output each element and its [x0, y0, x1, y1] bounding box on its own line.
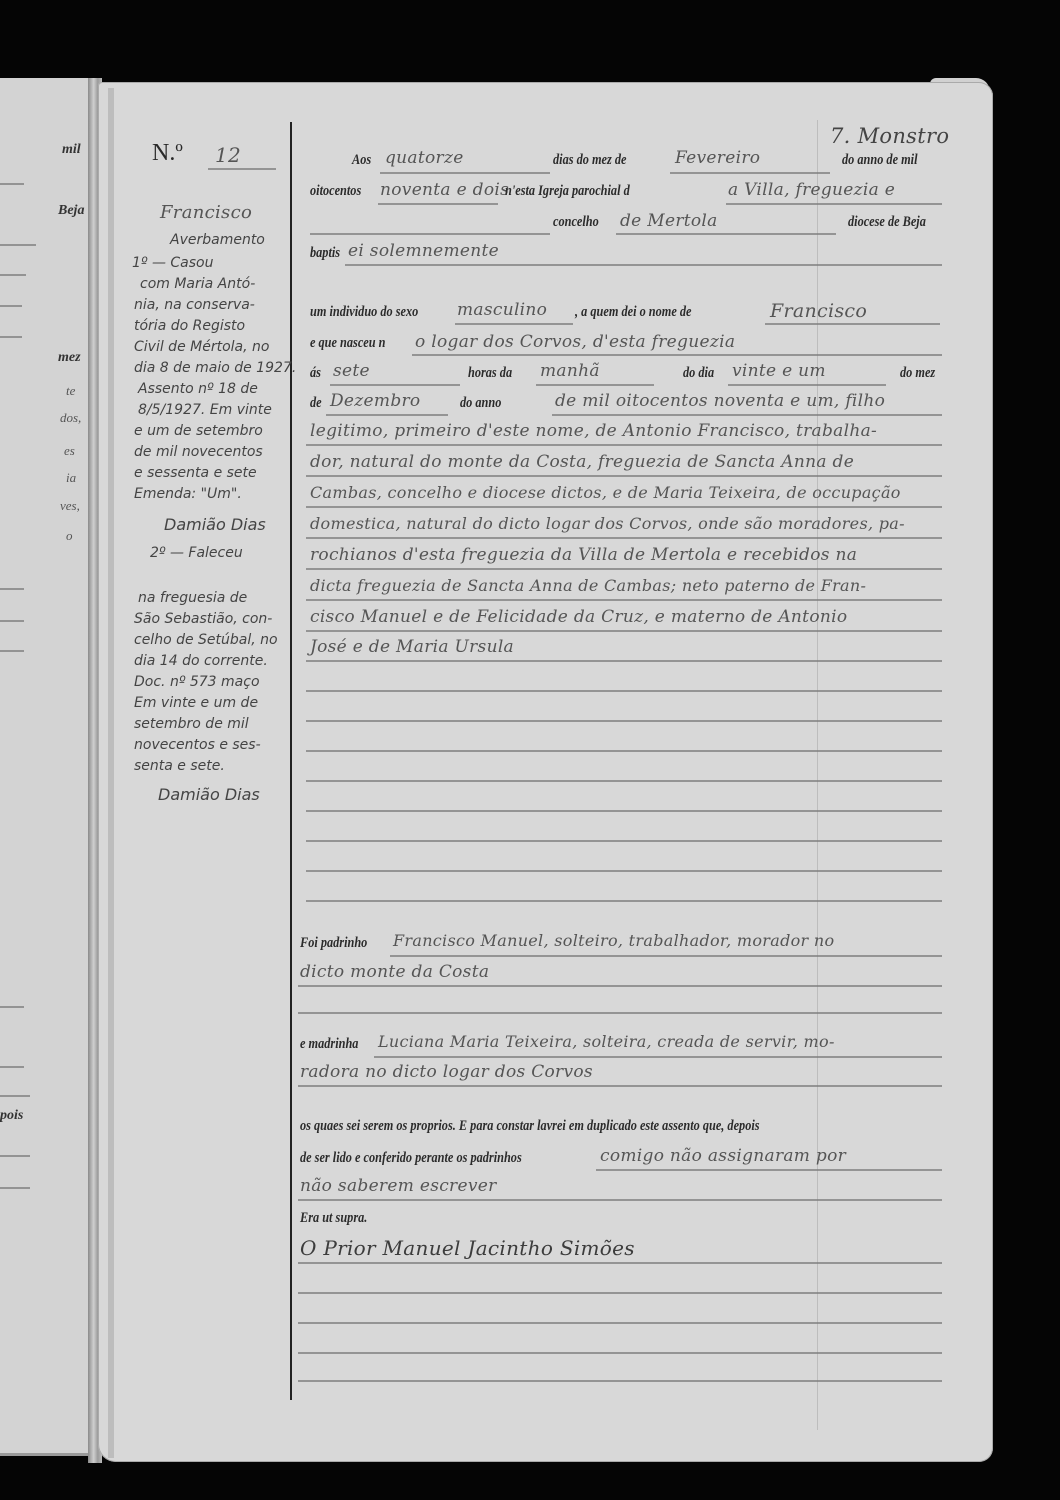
fill-rule	[670, 172, 830, 174]
page-binding-edge	[108, 88, 114, 1458]
margin-annotation-line: Assento nº 18 de	[138, 381, 258, 397]
handwritten-line: dor, natural do monte da Costa, freguezi…	[310, 452, 854, 472]
fill-rule	[306, 537, 942, 539]
left-rule	[0, 305, 22, 307]
margin-annotation-line: Emenda: "Um".	[134, 486, 242, 502]
margin-annotation-line: Doc. nº 573 maço	[134, 674, 260, 690]
signature-rule	[298, 1262, 942, 1264]
handwritten-line: Cambas, concelho e diocese dictos, e de …	[310, 483, 901, 502]
fill-rule	[380, 172, 550, 174]
margin-annotation-line: Civil de Mértola, no	[134, 339, 269, 355]
margin-annotation-line: Averbamento	[170, 232, 265, 248]
handwritten-baptism: ei solemnemente	[348, 241, 499, 261]
margin-annotation-line: de mil novecentos	[134, 444, 263, 460]
handwritten-birthplace: o logar dos Corvos, d'esta freguezia	[415, 332, 735, 352]
handwritten-line: domestica, natural do dicto logar dos Co…	[310, 514, 905, 533]
godfather-text: Francisco Manuel, solteiro, trabalhador,…	[393, 931, 834, 950]
blank-rule	[306, 810, 942, 812]
entry-number: 12	[215, 143, 241, 167]
godfather-text: dicto monte da Costa	[300, 962, 489, 982]
handwritten-parish: a Villa, freguezia e	[728, 180, 895, 200]
fill-rule	[306, 444, 942, 446]
blank-rule	[298, 1322, 942, 1324]
closing-handwritten-text: não saberem escrever	[300, 1176, 497, 1196]
left-rule	[0, 274, 26, 276]
left-rule	[0, 1155, 30, 1157]
margin-annotation-line: e um de setembro	[134, 423, 263, 439]
left-page-fragment: mez	[58, 350, 81, 366]
handwritten-line: José e de Maria Ursula	[310, 637, 514, 657]
godmother-label: e madrinha	[300, 1036, 358, 1053]
left-page-fragment: ia	[66, 470, 76, 486]
handwritten-day: quatorze	[385, 148, 464, 168]
margin-annotation-line: São Sebastião, con-	[134, 611, 272, 627]
blank-rule	[306, 780, 942, 782]
left-page-fragment: mil	[62, 142, 81, 158]
fill-rule	[616, 233, 836, 235]
margin-signature: Damião Dias	[164, 515, 266, 534]
margin-annotation-line: novecentos e ses-	[134, 737, 261, 753]
printed-text: e que nasceu n	[310, 335, 386, 352]
blank-rule	[306, 690, 942, 692]
left-rule	[0, 588, 24, 590]
handwritten-birth-day: vinte e um	[732, 361, 826, 381]
godmother-text: Luciana Maria Teixeira, solteira, creada…	[378, 1032, 835, 1051]
left-rule	[0, 336, 22, 338]
printed-text: do dia	[683, 365, 714, 382]
printed-text: dias do mez de	[553, 152, 626, 169]
fill-rule	[298, 1085, 942, 1087]
left-rule	[0, 1187, 30, 1189]
godfather-label: Foi padrinho	[300, 935, 367, 952]
margin-annotation-line: dia 8 de maio de 1927.	[134, 360, 296, 376]
fill-rule	[330, 384, 460, 386]
left-page-fragment: o	[66, 528, 73, 544]
margin-annotation-line: e sessenta e sete	[134, 465, 257, 481]
fill-rule	[412, 354, 942, 356]
fill-rule	[298, 985, 942, 987]
left-rule	[0, 1006, 24, 1008]
margin-annotation-line: senta e sete.	[134, 758, 225, 774]
left-rule	[0, 650, 24, 652]
fill-rule	[326, 414, 448, 416]
handwritten-month: Fevereiro	[675, 148, 760, 168]
fill-rule	[306, 568, 942, 570]
printed-text: diocese de Beja	[848, 214, 926, 231]
left-page-fragment: Beja	[58, 203, 84, 219]
printed-text: do anno de mil	[842, 152, 918, 169]
entry-number-label: N.º	[152, 140, 183, 167]
left-rule	[0, 620, 24, 622]
margin-annotation-line: na freguesia de	[138, 590, 247, 606]
blank-rule	[306, 870, 942, 872]
printed-text: concelho	[553, 214, 599, 231]
left-page-fragment: dos,	[60, 410, 81, 426]
closing-printed-text: os quaes sei serem os proprios. E para c…	[300, 1118, 760, 1135]
margin-annotation-line: 8/5/1927. Em vinte	[138, 402, 272, 418]
handwritten-sex: masculino	[457, 300, 547, 320]
fill-rule	[306, 630, 942, 632]
fill-rule	[306, 599, 942, 601]
fill-rule	[552, 414, 942, 416]
margin-annotation-line: 1º — Casou	[132, 255, 214, 271]
printed-text: horas da	[468, 365, 512, 382]
handwritten-period: manhã	[540, 361, 600, 381]
printed-text: Aos	[352, 152, 371, 169]
fill-rule	[298, 1199, 942, 1201]
margin-annotation-line: 2º — Faleceu	[150, 545, 243, 561]
left-rule	[0, 1066, 24, 1068]
margin-annotation-line: dia 14 do corrente.	[134, 653, 268, 669]
left-rule	[0, 183, 24, 185]
printed-text: de	[310, 395, 322, 412]
handwritten-given-name: Francisco	[770, 300, 867, 322]
handwritten-line: cisco Manuel e de Felicidade da Cruz, e …	[310, 607, 847, 627]
fill-rule	[726, 203, 942, 205]
margin-annotation-line: com Maria Antó-	[140, 276, 255, 292]
margin-signature: Damião Dias	[158, 785, 260, 804]
margin-annotation-line: setembro de mil	[134, 716, 249, 732]
closing-printed-text: de ser lido e conferido perante os padri…	[300, 1150, 522, 1167]
handwritten-line: rochianos d'esta freguezia da Villa de M…	[310, 545, 857, 565]
handwritten-birth-month: Dezembro	[330, 391, 420, 411]
fill-rule	[306, 660, 942, 662]
printed-text: do anno	[460, 395, 501, 412]
handwritten-concelho: de Mertola	[620, 211, 718, 231]
fill-rule	[390, 955, 942, 957]
handwritten-line: legitimo, primeiro d'este nome, de Anton…	[310, 421, 877, 441]
blank-rule	[306, 720, 942, 722]
blank-rule	[298, 1352, 942, 1354]
fill-rule	[374, 1056, 942, 1058]
top-right-annotation: 7. Monstro	[830, 124, 949, 148]
previous-page	[0, 78, 90, 1456]
fill-rule	[536, 384, 654, 386]
fill-rule	[596, 1169, 942, 1171]
margin-divider-line	[290, 122, 292, 1400]
fill-rule	[455, 323, 573, 325]
fill-rule	[728, 384, 886, 386]
margin-annotation-line: celho de Setúbal, no	[134, 632, 278, 648]
priest-signature: O Prior Manuel Jacintho Simões	[300, 1236, 635, 1260]
margin-child-name: Francisco	[160, 202, 252, 223]
fill-rule	[306, 475, 942, 477]
fill-rule	[765, 323, 940, 325]
fill-rule	[345, 264, 942, 266]
blank-rule	[298, 1012, 942, 1014]
fill-rule	[310, 233, 550, 235]
fill-rule	[378, 203, 498, 205]
handwritten-year: noventa e dois	[380, 180, 509, 200]
blank-rule	[306, 750, 942, 752]
printed-text: n'esta Igreja parochial d	[505, 183, 630, 200]
blank-rule	[306, 840, 942, 842]
left-page-fragment: ves,	[60, 498, 80, 514]
handwritten-hour: sete	[333, 361, 370, 381]
printed-text: baptis	[310, 245, 340, 262]
left-rule	[0, 1095, 30, 1097]
handwritten-birth-year: de mil oitocentos noventa e um, filho	[555, 391, 885, 411]
closing-handwritten-text: comigo não assignaram por	[600, 1146, 846, 1166]
left-page-fragment: pois	[0, 1108, 23, 1124]
printed-text: um individuo do sexo	[310, 304, 418, 321]
era-ut-supra: Era ut supra.	[300, 1210, 367, 1227]
printed-text: , a quem dei o nome de	[575, 304, 692, 321]
blank-rule	[298, 1380, 942, 1382]
printed-text: ás	[310, 365, 321, 382]
printed-text: do mez	[900, 365, 935, 382]
fill-rule	[306, 506, 942, 508]
handwritten-line: dicta freguezia de Sancta Anna de Cambas…	[310, 576, 866, 595]
margin-annotation-line: nia, na conserva-	[134, 297, 255, 313]
left-page-fragment: es	[64, 443, 75, 459]
left-rule	[0, 244, 36, 246]
entry-number-rule	[208, 168, 276, 170]
printed-text: oitocentos	[310, 183, 361, 200]
margin-annotation-line: Em vinte e um de	[134, 695, 258, 711]
blank-rule	[306, 900, 942, 902]
left-page-fragment: te	[66, 383, 75, 399]
godmother-text: radora no dicto logar dos Corvos	[300, 1062, 593, 1082]
margin-annotation-line: tória do Registo	[134, 318, 245, 334]
blank-rule	[298, 1292, 942, 1294]
